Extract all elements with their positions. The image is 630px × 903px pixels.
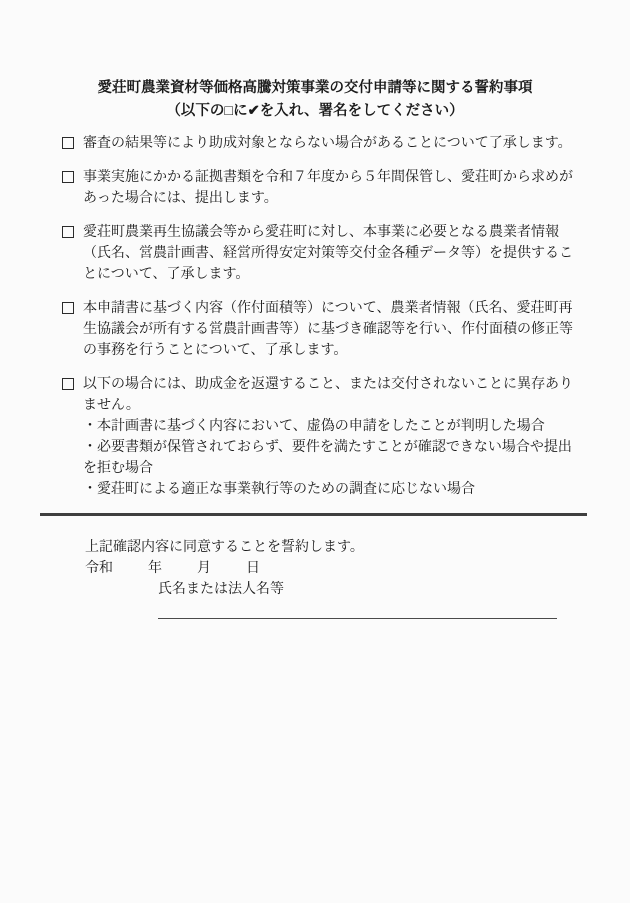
checklist-sub-item: ・必要書類が保管されておらず、要件を満たすことが確認できない場合や提出を拒む場合 [83,437,574,479]
day-field[interactable] [215,571,243,572]
month-label: 月 [197,561,211,576]
checklist-item-5: 以下の場合には、助成金を返還すること、または交付されないことに異存ありません。 … [62,374,574,500]
section-divider [40,513,587,516]
era-label: 令和 [85,561,113,576]
year-label: 年 [148,561,162,576]
checkbox-icon[interactable] [62,137,74,149]
pledge-statement: 上記確認内容に同意することを誓約します。 [85,537,630,558]
document-header: 愛荘町農業資材等価格高騰対策事業の交付申請等に関する誓約事項 （以下の□に✔を入… [0,0,630,123]
document-title: 愛荘町農業資材等価格高騰対策事業の交付申請等に関する誓約事項 [0,77,630,100]
checkbox-icon[interactable] [62,226,74,238]
month-field[interactable] [166,571,194,572]
checkbox-icon[interactable] [62,302,74,314]
checklist-item-4: 本申請書に基づく内容（作付面積等）について、農業者情報（氏名、愛荘町再生協議会が… [62,298,574,361]
checkbox-icon[interactable] [62,171,74,183]
day-label: 日 [246,561,260,576]
checklist-item-2: 事業実施にかかる証拠書類を令和７年度から５年間保管し、愛荘町から求めがあった場合… [62,167,574,209]
checklist-item-text: 愛荘町農業再生協議会等から愛荘町に対し、本事業に必要となる農業者情報（氏名、営農… [83,222,574,285]
signature-section: 上記確認内容に同意することを誓約します。 令和 年 月 日 氏名または法人名等 [85,537,630,619]
signature-line[interactable] [158,600,557,619]
checklist-item-text: 本申請書に基づく内容（作付面積等）について、農業者情報（氏名、愛荘町再生協議会が… [83,298,574,361]
checklist-sub-item: ・本計画書に基づく内容において、虚偽の申請をしたことが判明した場合 [83,416,574,437]
checklist-item-text: 以下の場合には、助成金を返還すること、または交付されないことに異存ありません。 [83,374,574,416]
year-field[interactable] [117,571,145,572]
checklist: 審査の結果等により助成対象とならない場合があることについて了承します。 事業実施… [0,133,630,500]
checklist-item-body: 以下の場合には、助成金を返還すること、または交付されないことに異存ありません。 … [83,374,574,500]
checklist-sub-item: ・愛荘町による適正な事業執行等のための調査に応じない場合 [83,479,574,500]
checklist-item-1: 審査の結果等により助成対象とならない場合があることについて了承します。 [62,133,574,154]
date-line: 令和 年 月 日 [85,558,630,579]
name-label: 氏名または法人名等 [158,579,630,600]
checklist-item-text: 事業実施にかかる証拠書類を令和７年度から５年間保管し、愛荘町から求めがあった場合… [83,167,574,209]
document-page: 愛荘町農業資材等価格高騰対策事業の交付申請等に関する誓約事項 （以下の□に✔を入… [0,0,630,903]
document-subtitle: （以下の□に✔を入れ、署名をしてください） [0,100,630,123]
checklist-item-text: 審査の結果等により助成対象とならない場合があることについて了承します。 [83,133,574,154]
checkbox-icon[interactable] [62,378,74,390]
checklist-item-3: 愛荘町農業再生協議会等から愛荘町に対し、本事業に必要となる農業者情報（氏名、営農… [62,222,574,285]
